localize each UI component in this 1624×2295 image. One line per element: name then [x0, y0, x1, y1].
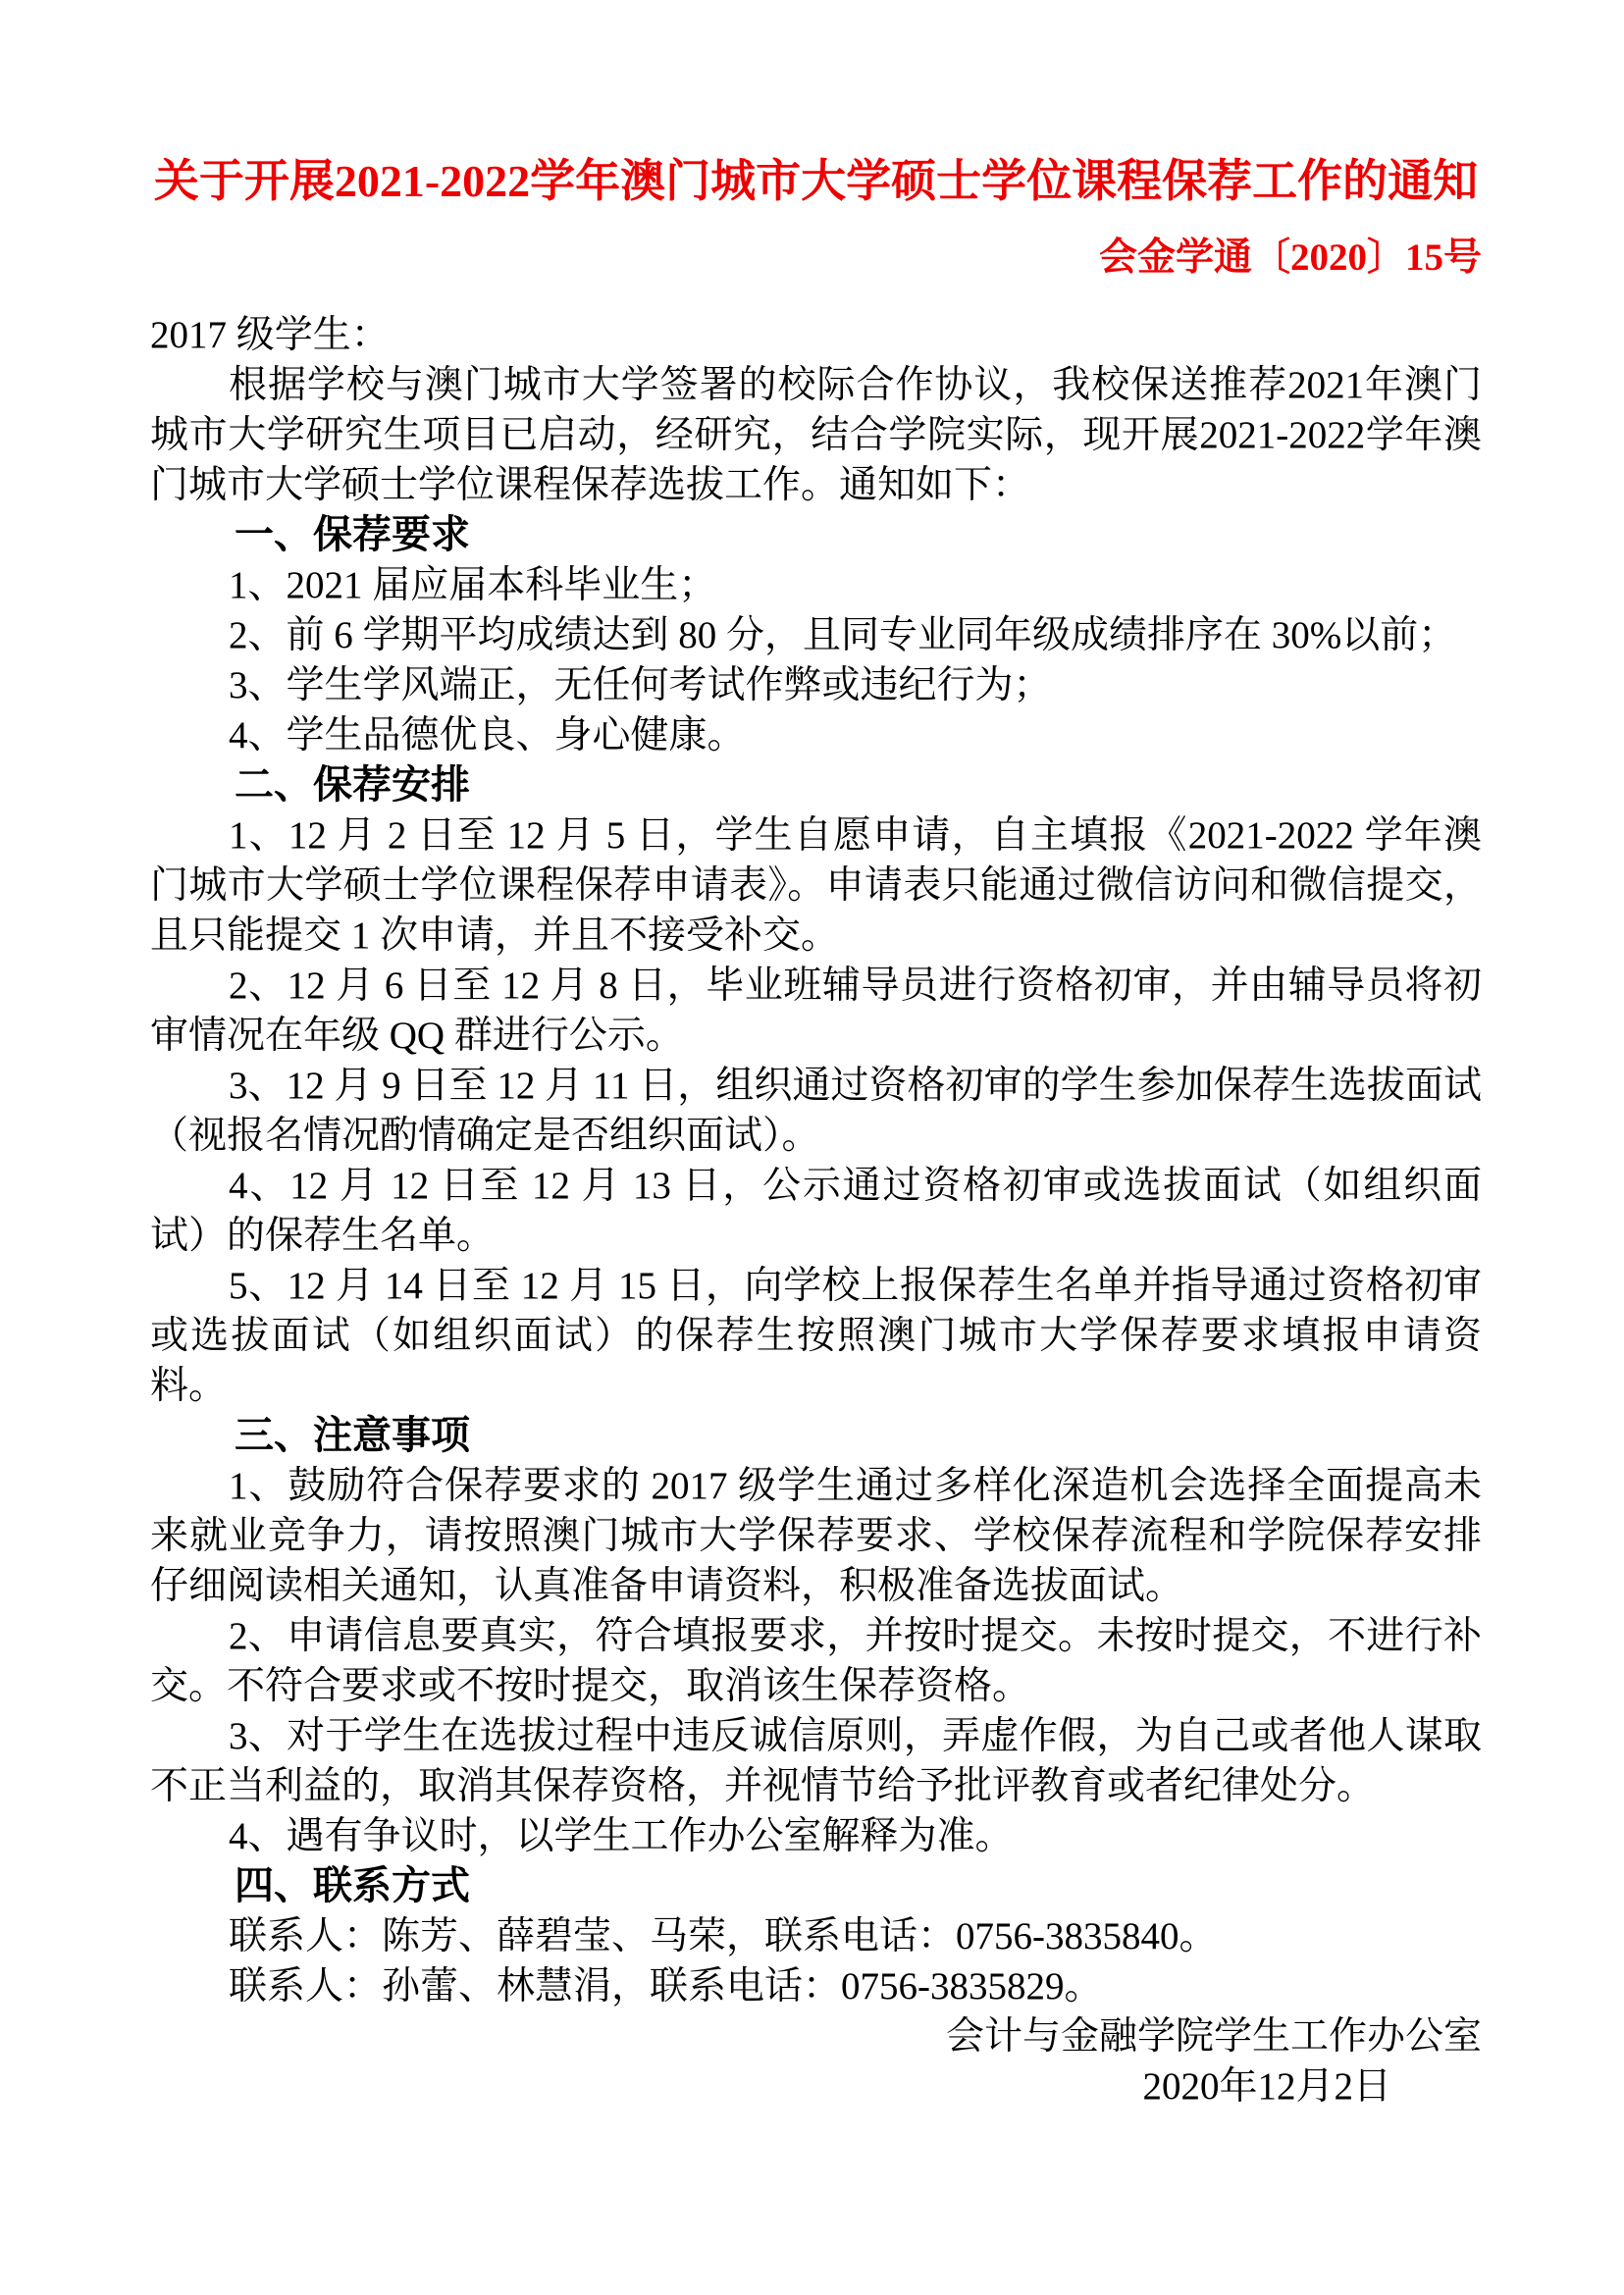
salutation: 2017 级学生：	[150, 310, 1482, 360]
body-paragraph: 3、对于学生在选拔过程中违反诚信原则，弄虚作假，为自己或者他人谋取不正当利益的，…	[150, 1711, 1482, 1811]
signature: 会计与金融学院学生工作办公室	[150, 2011, 1482, 2061]
contact-line: 联系人：陈芳、薛碧莹、马荣，联系电话：0756-3835840。	[150, 1911, 1482, 1961]
section-heading-requirements: 一、保荐要求	[150, 510, 1482, 560]
section-heading-contact: 四、联系方式	[150, 1861, 1482, 1911]
notice-title: 关于开展2021-2022学年澳门城市大学硕士学位课程保荐工作的通知	[150, 153, 1482, 210]
section-heading-notes: 三、注意事项	[150, 1411, 1482, 1461]
body-paragraph: 1、2021 届应届本科毕业生；	[150, 560, 1482, 610]
section-heading-schedule: 二、保荐安排	[150, 760, 1482, 810]
body-paragraph: 2、前 6 学期平均成绩达到 80 分，且同专业同年级成绩排序在 30%以前；	[150, 610, 1482, 660]
body-paragraph: 4、遇有争议时，以学生工作办公室解释为准。	[150, 1811, 1482, 1861]
body-paragraph: 5、12 月 14 日至 12 月 15 日，向学校上报保荐生名单并指导通过资格…	[150, 1261, 1482, 1411]
doc-number: 会金学通〔2020〕15号	[150, 235, 1482, 281]
body-paragraph: 1、12 月 2 日至 12 月 5 日，学生自愿申请，自主填报《2021-20…	[150, 810, 1482, 961]
body-paragraph: 4、学生品德优良、身心健康。	[150, 710, 1482, 760]
body-paragraph: 2、申请信息要真实，符合填报要求，并按时提交。未按时提交，不进行补交。不符合要求…	[150, 1611, 1482, 1711]
body-paragraph: 4、12 月 12 日至 12 月 13 日，公示通过资格初审或选拔面试（如组织…	[150, 1161, 1482, 1261]
body-paragraph: 3、12 月 9 日至 12 月 11 日，组织通过资格初审的学生参加保荐生选拔…	[150, 1061, 1482, 1161]
body-paragraph: 3、学生学风端正，无任何考试作弊或违纪行为；	[150, 660, 1482, 710]
contact-line: 联系人：孙蕾、林慧涓，联系电话：0756-3835829。	[150, 1961, 1482, 2011]
body-paragraph: 1、鼓励符合保荐要求的 2017 级学生通过多样化深造机会选择全面提高未来就业竞…	[150, 1461, 1482, 1611]
notice-document: 关于开展2021-2022学年澳门城市大学硕士学位课程保荐工作的通知 会金学通〔…	[0, 0, 1624, 2295]
body-paragraph: 2、12 月 6 日至 12 月 8 日，毕业班辅导员进行资格初审，并由辅导员将…	[150, 961, 1482, 1061]
intro-paragraph: 根据学校与澳门城市大学签署的校际合作协议，我校保送推荐2021年澳门城市大学研究…	[150, 360, 1482, 510]
issue-date: 2020年12月2日	[150, 2061, 1482, 2112]
